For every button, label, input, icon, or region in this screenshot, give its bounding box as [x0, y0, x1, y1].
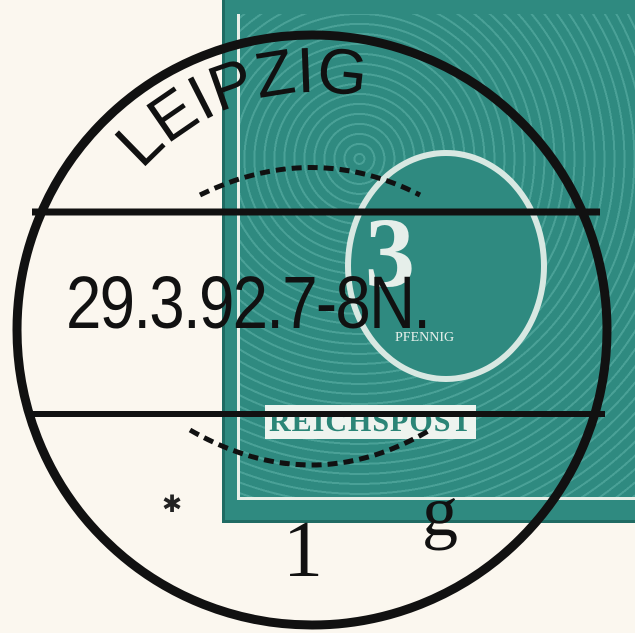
postmark-city: LEIPZIG — [101, 33, 371, 180]
postmark-office-number: 1 — [283, 505, 323, 596]
postmark-letter: g — [422, 470, 458, 553]
star-icon: ✱ — [162, 490, 182, 519]
postmark-date: 29.3.92.7-8N. — [66, 260, 429, 345]
